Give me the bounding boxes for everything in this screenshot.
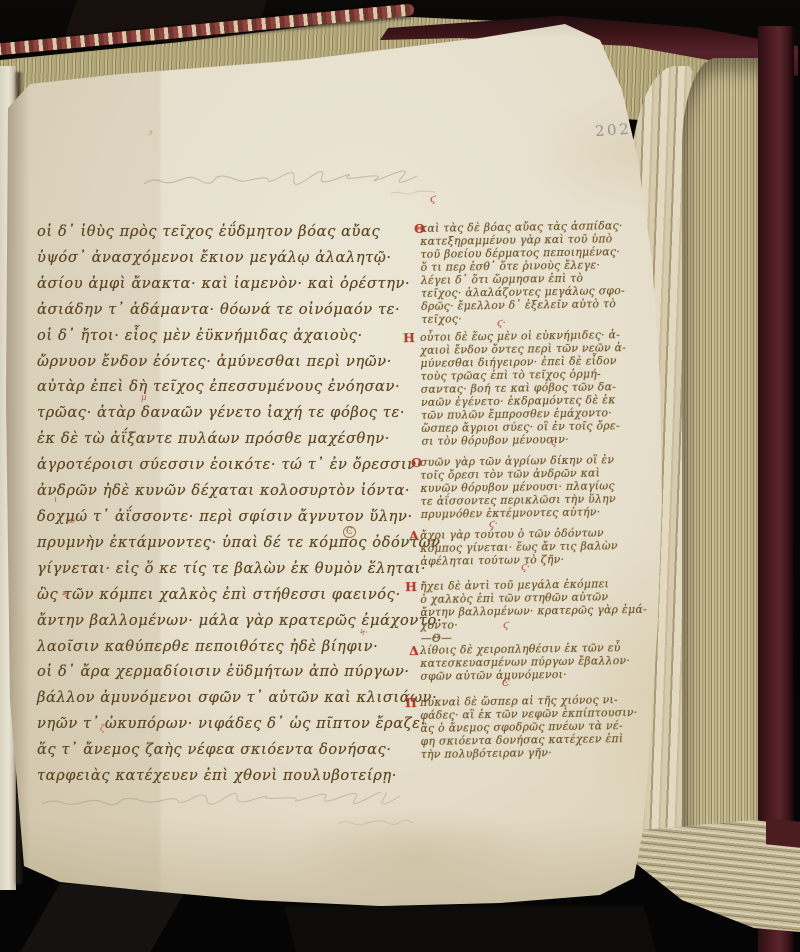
rubric-mark: ϛ <box>551 437 557 448</box>
scholion-block-1: Θ καὶ τὰς δὲ βόας αὔας τὰς ἀσπίδας·κατεξ… <box>420 218 681 326</box>
text-line: οἱ δ᾽ ἤτοι· εἷος μὲν ἐϋκνήμιδας ἀχαιοὺς· <box>37 323 433 349</box>
text-line: ἅς τ᾽ ἄνεμος ζαὴς νέφεα σκιόεντα δονήσας… <box>37 737 433 763</box>
scholion-initial: Ο <box>411 456 422 469</box>
text-line: ἀνδρῶν ἠδὲ κυνῶν δέχαται κολοσυρτὸν ἰόντ… <box>37 478 433 504</box>
interlinear-mark: Ϟ <box>62 590 67 600</box>
text-line: νηῶν τ᾽ ὠκυπόρων· νιφάδες δ᾽ ὡς πῖπτον ἔ… <box>37 711 433 737</box>
top-inscription-squiggle <box>140 168 460 202</box>
rubric-mark: ϛ· <box>497 318 506 329</box>
interlinear-mark: ϶ <box>148 128 153 138</box>
interlinear-mark: ι <box>54 495 57 505</box>
text-line: δοχμώ τ᾽ ἀΐσσοντε· περὶ σφίσιν ἄγνυτον ὕ… <box>37 504 433 530</box>
interlinear-mark: ω <box>68 516 75 526</box>
text-line: αὐτὰρ ἐπεὶ δὴ τεῖχος ἐπεσσυμένους ἐνόησα… <box>37 374 433 400</box>
text-line: ταρφειὰς κατέχευεν ἐπὶ χθονὶ πουλυβοτείρ… <box>37 763 433 789</box>
scholion-block-5: Η ἤχει δὲ ἀντὶ τοῦ μεγάλα ἐκόμπειὁ χαλκὸ… <box>420 576 681 645</box>
bottom-cover-tip <box>766 818 800 848</box>
rubric-mark: Ͼ <box>502 678 510 689</box>
rubric-mark: ϛ· <box>489 519 498 530</box>
scholion-initial: Η <box>403 331 415 344</box>
text-line: βάλλον ἀμυνόμενοι σφῶν τ᾽ αὐτῶν καὶ κλισ… <box>37 685 433 711</box>
scholion-initial: Η <box>405 580 417 593</box>
scholion-initial: Π <box>405 696 417 709</box>
interlinear-mark: Ϟ· <box>360 628 368 638</box>
fore-edge-page-stack <box>682 58 768 870</box>
text-line: ὤρνυον ἔνδον ἐόντες· ἀμύνεσθαι περὶ νηῶν… <box>37 349 433 375</box>
manuscript-photo: 202 οἱ δ᾽ ἰθὺς πρὸς τεῖχος ἐΰδμητον βόας… <box>0 0 800 952</box>
rubric-mark: ϛ <box>430 194 436 205</box>
scholion-block-6: Δ λίθοις δὲ χειροπληθέσιν ἐκ τῶν εὖκατεσ… <box>420 640 681 683</box>
scholion-block-4: Α ἄχρι γὰρ τούτου ὁ τῶν ὀδόντωνκόμπος γί… <box>420 525 681 568</box>
text-line: οἱ δ᾽ ἰθὺς πρὸς τεῖχος ἐΰδμητον βόας αὔα… <box>37 219 433 245</box>
text-line: ἐκ δὲ τὼ ἀΐξαντε πυλάων πρόσθε μαχέσθην· <box>37 426 433 452</box>
interlinear-mark: ζ <box>100 724 105 734</box>
text-line: λαοῖσιν καθύπερθε πεποιθότες ἠδὲ βίηφιν· <box>37 634 433 660</box>
text-line: τρῶας· ἀτὰρ δαναῶν γένετο ἰαχή τε φόβος … <box>37 400 433 426</box>
bottom-inscription-squiggle <box>38 792 488 838</box>
text-line: ἀγροτέροισι σύεσσιν ἐοικότε· τώ τ᾽ ἐν ὄρ… <box>37 452 433 478</box>
rubric-mark: ϛ <box>503 620 509 631</box>
text-line: οἱ δ᾽ ἄρα χερμαδίοισιν ἐϋδμήτων ἀπὸ πύργ… <box>37 659 433 685</box>
scholion-block-2: Η οὗτοι δὲ ἕως μὲν οἱ εὐκνήμιδες· ἀ-χαιο… <box>420 327 682 448</box>
cradle-shadow-center <box>284 906 656 952</box>
text-line: ἄντην βαλλομένων· μάλα γὰρ κρατερῶς ἐμάχ… <box>37 608 433 634</box>
interlinear-mark: μ <box>141 393 147 403</box>
scholion-initial: Δ <box>409 644 419 657</box>
text-line: ἀσίου ἀμφὶ ἄνακτα· καὶ ἰαμενὸν· καὶ ὀρέσ… <box>37 271 433 297</box>
circled-mark: Ͼ <box>343 526 356 538</box>
scholion-initial: Α <box>409 529 419 542</box>
text-line: ὑψόσ᾽ ἀνασχόμενοι ἔκιον μεγάλῳ ἀλαλητῷ· <box>37 245 433 271</box>
text-line: πρυμνὴν ἐκτάμνοντες· ὑπαὶ δέ τε κόμπος ὀ… <box>37 530 433 556</box>
cradle-shadow-left <box>20 884 189 952</box>
scholion-block-7: Π πυκναὶ δὲ ὥσπερ αἱ τῆς χιόνος νι-φάδες… <box>420 692 681 761</box>
text-line: γίγνεται· εἰς ὅ κε τίς τε βαλὼν ἐκ θυμὸν… <box>37 556 433 582</box>
text-line: ἀσιάδην τ᾽ ἀδάμαντα· θόωνά τε οἰνόμαόν τ… <box>37 297 433 323</box>
rubric-mark: ϛ· <box>521 562 530 573</box>
text-line: ὣς τῶν κόμπει χαλκὸς ἐπὶ στήθεσσι φαεινό… <box>37 582 433 608</box>
right-cover-edge <box>758 26 794 952</box>
scholion-block-3: Ο συῶν γὰρ τῶν ἀγρίων δίκην οἳ ἐντοῖς ὄρ… <box>420 452 681 521</box>
scholion-initial: Θ <box>414 222 425 235</box>
folio-number: 202 <box>594 120 631 140</box>
main-text-column: οἱ δ᾽ ἰθὺς πρὸς τεῖχος ἐΰδμητον βόας αὔα… <box>37 219 433 789</box>
